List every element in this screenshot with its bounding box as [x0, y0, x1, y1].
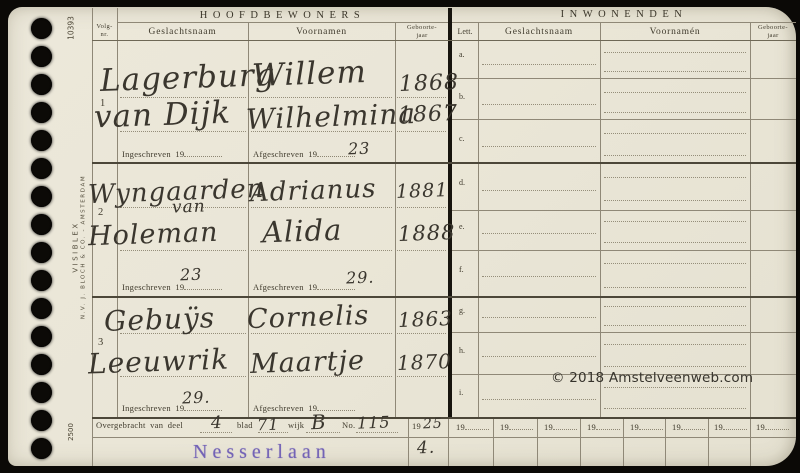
brand-name: VISIBLEX [72, 175, 80, 319]
dotted-leader [465, 421, 489, 430]
year-cell: 19 [756, 421, 789, 432]
writing-line [604, 155, 746, 156]
overgebracht-label: Overgebracht van deel [96, 420, 183, 430]
dotted-leader [723, 421, 747, 430]
ingeschreven-text: Ingeschreven 19 [122, 403, 184, 413]
right-row-rule [452, 210, 796, 211]
block-divider [92, 162, 796, 164]
wijk-label: wijk [288, 420, 304, 430]
writing-line [397, 376, 446, 377]
resident-2-birthyear: 1867 [398, 101, 459, 128]
lett-label: d. [459, 178, 465, 187]
resident-5-birthyear: 1863 [398, 306, 454, 332]
year-cell: 19 [672, 421, 705, 432]
column-header-voornamen-right: Voornamén [600, 27, 750, 37]
right-row-rule [452, 119, 796, 120]
binder-hole [31, 130, 52, 151]
resident-1-surname: Lagerburg [99, 57, 276, 99]
ingeschreven-label: Ingeschreven 19 [122, 280, 222, 292]
dotted-leader [509, 421, 533, 430]
writing-line [604, 71, 746, 72]
ingeschreven-label: Ingeschreven 19 [122, 401, 222, 413]
writing-line [482, 104, 596, 105]
writing-line [604, 133, 746, 134]
footer-cell-rule [448, 417, 449, 466]
writing-line [604, 112, 746, 113]
writing-line [604, 242, 746, 243]
resident-2-firstname: Wilhelmina [245, 97, 416, 136]
resident-4-birthyear: 1888 [398, 220, 456, 246]
ingeschreven-text: Ingeschreven 19 [122, 282, 184, 292]
binder-hole [31, 382, 52, 403]
dotted-leader [184, 401, 222, 411]
lett-label: g. [459, 306, 465, 315]
binder-hole [31, 158, 52, 179]
binder-hole [31, 242, 52, 263]
resident-6-birthyear: 1870 [397, 349, 453, 375]
lett-label: e. [459, 222, 465, 231]
column-header-lett: Lett. [452, 27, 478, 36]
form-number-bottom: 2500 [67, 423, 75, 441]
house-number: 4. [417, 438, 436, 459]
year-cell-prefix: 19 [412, 421, 421, 431]
lett-column-rule [478, 22, 479, 417]
footer-middle-rule [92, 437, 796, 438]
resident-3-tussenvoegsel: van [172, 196, 206, 217]
title-underline-left [117, 22, 448, 23]
afgeschreven-text: Afgeschreven 19 [253, 403, 317, 413]
right-name-column-rule [600, 22, 601, 417]
footer-cell-rule [623, 417, 624, 466]
dotted-leader [596, 421, 620, 430]
year-cell: 19 [630, 421, 663, 432]
writing-line [482, 399, 596, 400]
afgeschreven-text: Afgeschreven 19 [253, 282, 317, 292]
resident-5-firstname: Cornelis [246, 300, 369, 335]
section-title-inwonenden: INWONENDEN [452, 9, 796, 20]
writing-line [251, 250, 392, 251]
resident-5-surname: Gebuÿs [103, 301, 215, 338]
writing-line [482, 64, 596, 65]
column-header-voornamen-left: Voornamen [248, 27, 395, 37]
year-cell: 19 [456, 421, 489, 432]
resident-1-firstname: Willem [251, 54, 367, 94]
year-cell-label: 19 [756, 422, 765, 432]
writing-line [604, 366, 746, 367]
column-header-volgnr: Volg- [92, 23, 117, 30]
lett-label: b. [459, 92, 465, 101]
writing-line [604, 221, 746, 222]
footer-cell-rule [493, 417, 494, 466]
blad-label: blad [237, 420, 253, 430]
deel-value: 4 [211, 413, 224, 433]
footer-cell-rule [408, 417, 409, 466]
writing-line [604, 287, 746, 288]
column-header-geboortejaar-right: Geboorte- [750, 24, 796, 31]
afgeschreven-label: Afgeschreven 19 [253, 280, 355, 292]
blad-value: 71 [257, 415, 280, 435]
year-cell: 19 [544, 421, 577, 432]
afgeschreven-label: Afgeschreven 19 [253, 401, 355, 413]
wijk-value: B [311, 410, 328, 435]
binder-hole [31, 46, 52, 67]
dotted-leader [184, 280, 222, 290]
ingeschreven-label: Ingeschreven 19 [122, 147, 222, 159]
writing-line [397, 131, 446, 132]
binder-hole [31, 18, 52, 39]
writing-line [482, 190, 596, 191]
right-year-column-rule [750, 22, 751, 466]
writing-line [604, 52, 746, 53]
printer-imprint: VISIBLEX N.V. J. BLOCH & CO. - AMSTERDAM [72, 175, 87, 319]
afgeschreven-label: Afgeschreven 19 [253, 147, 355, 159]
dotted-leader [317, 280, 355, 290]
form-number-top: 10393 [67, 16, 76, 40]
year-cell-label: 19 [544, 422, 553, 432]
dotted-leader [765, 421, 789, 430]
year-cell-label: 19 [672, 422, 681, 432]
writing-line [604, 306, 746, 307]
writing-line [604, 408, 746, 409]
footer-top-rule [92, 417, 796, 419]
writing-line [604, 200, 746, 201]
section-title-hoofdbewoners: HOOFDBEWONERS [117, 10, 448, 21]
no-label: No. [342, 420, 355, 430]
binder-hole [31, 354, 52, 375]
street-name-stamp: Nesserlaan [193, 441, 331, 464]
dotted-leader [681, 421, 705, 430]
title-underline-right [452, 22, 796, 23]
year-cell-label: 19 [630, 422, 639, 432]
writing-line [604, 92, 746, 93]
binder-hole [31, 74, 52, 95]
brand-address: N.V. J. BLOCH & CO. - AMSTERDAM [81, 175, 87, 319]
writing-line [397, 207, 446, 208]
binder-hole [31, 214, 52, 235]
lett-label: f. [459, 265, 464, 274]
column-header-geboortejaar-left: Geboorte- [395, 24, 449, 31]
binder-hole [31, 410, 52, 431]
resident-3-birthyear: 1881 [396, 179, 449, 203]
afgeschreven-text: Afgeschreven 19 [253, 149, 317, 159]
writing-line [604, 177, 746, 178]
column-header-volgnr: nr. [92, 31, 117, 38]
binder-hole [31, 438, 52, 459]
lett-label: h. [459, 346, 465, 355]
year-cell-label: 19 [587, 422, 596, 432]
dotted-leader [639, 421, 663, 430]
dotted-leader [184, 147, 222, 157]
resident-3-firstname: Adrianus [250, 174, 377, 208]
footer-cell-rule [708, 417, 709, 466]
lett-label: a. [459, 50, 465, 59]
binder-hole [31, 298, 52, 319]
resident-6-surname: Leeuwrik [87, 343, 229, 381]
resident-1-birthyear: 1868 [399, 70, 460, 97]
right-row-rule [452, 78, 796, 79]
writing-line [604, 263, 746, 264]
writing-line [482, 233, 596, 234]
right-row-rule [452, 332, 796, 333]
year-value: 25 [423, 416, 443, 433]
resident-4-surname: Holeman [87, 217, 219, 253]
writing-line [482, 356, 596, 357]
copyright-watermark: © 2018 Amstelveenweb.com [551, 370, 753, 386]
binder-hole [31, 270, 52, 291]
column-header-geboortejaar-right: jaar [750, 32, 796, 39]
column-header-geslachtsnaam-right: Geslachtsnaam [478, 27, 600, 37]
binder-hole [31, 326, 52, 347]
dotted-leader [317, 147, 355, 157]
writing-line [397, 250, 446, 251]
dotted-leader [553, 421, 577, 430]
block-divider [92, 296, 796, 298]
resident-4-firstname: Alida [261, 213, 342, 250]
year-cell: 19 [587, 421, 620, 432]
lett-label: c. [459, 134, 465, 143]
resident-6-firstname: Maartje [249, 345, 365, 380]
footer-cell-rule [665, 417, 666, 466]
year-cell-label: 19 [456, 422, 465, 432]
ingeschreven-text: Ingeschreven 19 [122, 149, 184, 159]
binder-hole [31, 102, 52, 123]
writing-line [397, 333, 446, 334]
header-bottom-rule [92, 40, 796, 41]
writing-line [604, 344, 746, 345]
year-cell-label: 19 [714, 422, 723, 432]
column-header-geslachtsnaam-left: Geslachtsnaam [117, 27, 248, 37]
footer-cell-rule [537, 417, 538, 466]
footer-cell-rule [580, 417, 581, 466]
column-header-geboortejaar-left: jaar [395, 32, 449, 39]
resident-2-surname: van Dijk [93, 95, 231, 136]
writing-line [604, 325, 746, 326]
writing-line [604, 387, 746, 388]
writing-line [482, 146, 596, 147]
year-cell: 19 [500, 421, 533, 432]
lett-label: i. [459, 388, 463, 397]
writing-line [482, 276, 596, 277]
binder-hole [31, 186, 52, 207]
right-row-rule [452, 250, 796, 251]
year-cell: 19 [714, 421, 747, 432]
no-value: 115 [357, 412, 391, 432]
year-cell-label: 19 [500, 422, 509, 432]
writing-line [482, 317, 596, 318]
